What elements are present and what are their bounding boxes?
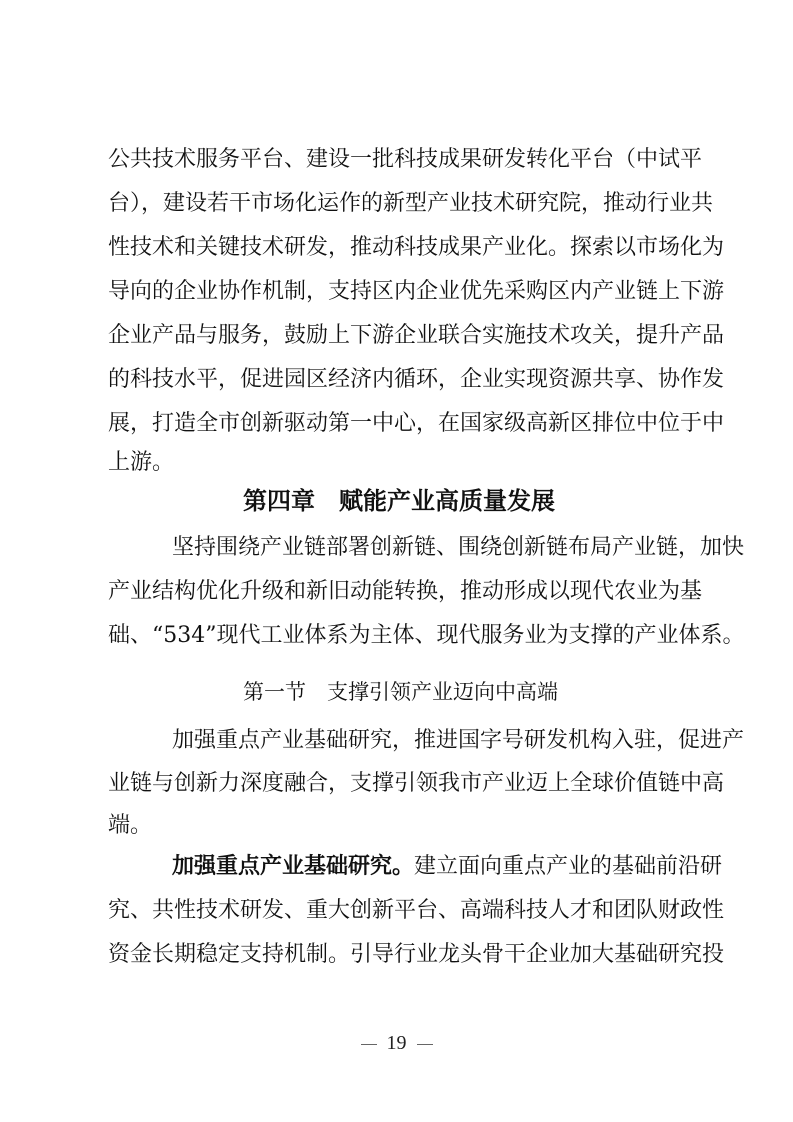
bold-lead-text: 加强重点产业基础研究。 [172,854,414,879]
body-text-line: 端。 [108,811,693,841]
dash-left [361,1044,377,1045]
body-text-line: 究、共性技术研发、重大创新平台、高端科技人才和团队财政性 [108,896,693,926]
body-text-line: 台），建设若干市场化运作的新型产业技术研究院，推动行业共 [108,189,693,219]
body-text-line: 展，打造全市创新驱动第一中心，在国家级高新区排位中位于中 [108,409,693,439]
body-text-line: 上游。 [108,448,693,478]
chapter-heading: 第四章 赋能产业高质量发展 [243,484,555,518]
body-text-line: 资金长期稳定支持机制。引导行业龙头骨干企业加大基础研究投 [108,940,693,970]
body-text-line: 导向的企业协作机制，支持区内企业优先采购区内产业链上下游 [108,277,693,307]
body-text-line: 公共技术服务平台、建设一批科技成果研发转化平台（中试平 [108,145,693,175]
body-text-line: 加强重点产业基础研究。建立面向重点产业的基础前沿研 [172,852,693,882]
page-number-text: 19 [387,1032,407,1054]
dash-right [417,1044,433,1045]
section-heading: 第一节 支撑引领产业迈向中高端 [243,677,555,707]
body-text-line: 产业结构优化升级和新旧动能转换，推动形成以现代农业为基 [108,577,693,607]
body-text-line: 的科技水平，促进园区经济内循环，企业实现资源共享、协作发 [108,365,693,395]
body-text-line: 性技术和关键技术研发，推动科技成果产业化。探索以市场化为 [108,233,693,263]
body-text-line: 坚持围绕产业链部署创新链、围绕创新链布局产业链，加快 [172,533,693,563]
body-text-line: 业链与创新力深度融合，支撑引领我市产业迈上全球价值链中高 [108,769,693,799]
body-text-line: 企业产品与服务，鼓励上下游企业联合实施技术攻关，提升产品 [108,321,693,351]
page-number: 19 [0,1030,793,1056]
body-text-span: 建立面向重点产业的基础前沿研 [414,854,722,879]
body-text-line: 础、“534”现代工业体系为主体、现代服务业为支撑的产业体系。 [108,621,693,651]
body-text-line: 加强重点产业基础研究，推进国字号研发机构入驻，促进产 [172,726,693,756]
document-page: 公共技术服务平台、建设一批科技成果研发转化平台（中试平 台），建设若干市场化运作… [0,0,793,1122]
